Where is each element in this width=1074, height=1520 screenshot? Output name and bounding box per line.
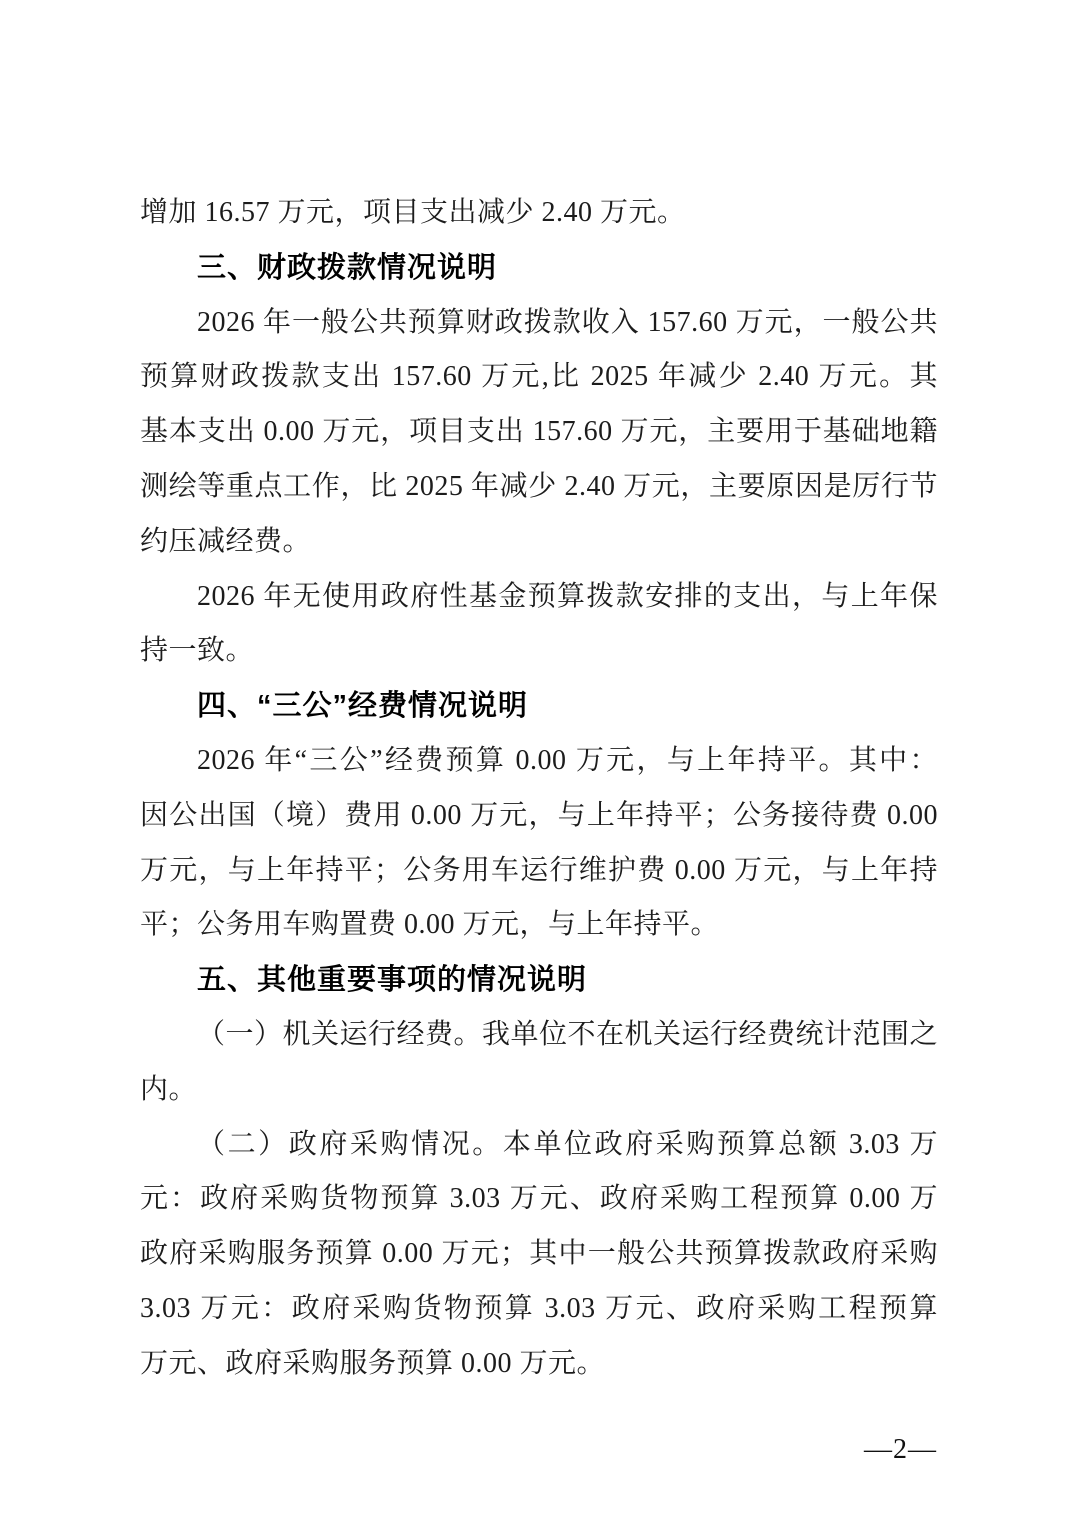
body-text-line: 2026 年一般公共预算财政拨款收入 157.60 万元，一般公共 bbox=[140, 296, 938, 351]
body-text-line: 预算财政拨款支出 157.60 万元,比 2025 年减少 2.40 万元。其中… bbox=[140, 350, 938, 405]
body-text-line: 元：政府采购货物预算 3.03 万元、政府采购工程预算 0.00 万元、 bbox=[140, 1172, 938, 1227]
body-text-line: 持一致。 bbox=[140, 624, 938, 679]
section-heading: 五、其他重要事项的情况说明 bbox=[140, 953, 938, 1008]
page-number: —2— bbox=[864, 1433, 937, 1467]
body-text-line: 政府采购服务预算 0.00 万元；其中一般公共预算拨款政府采购 bbox=[140, 1227, 938, 1282]
body-text-line: 基本支出 0.00 万元，项目支出 157.60 万元，主要用于基础地籍 bbox=[140, 405, 938, 460]
body-text-line: 2026 年无使用政府性基金预算拨款安排的支出，与上年保 bbox=[140, 570, 938, 625]
body-text-line: 增加 16.57 万元，项目支出减少 2.40 万元。 bbox=[140, 186, 938, 241]
section-heading: 四、“三公”经费情况说明 bbox=[140, 679, 938, 734]
body-text-line: 约压减经费。 bbox=[140, 515, 938, 570]
body-text-line: 内。 bbox=[140, 1063, 938, 1118]
body-text-line: 万元，与上年持平；公务用车运行维护费 0.00 万元，与上年持 bbox=[140, 844, 938, 899]
document-page: 增加 16.57 万元，项目支出减少 2.40 万元。三、财政拨款情况说明202… bbox=[0, 0, 1074, 1520]
body-text-line: 平；公务用车购置费 0.00 万元，与上年持平。 bbox=[140, 898, 938, 953]
body-text-line: 万元、政府采购服务预算 0.00 万元。 bbox=[140, 1337, 938, 1392]
body-text-line: 2026 年“三公”经费预算 0.00 万元，与上年持平。其中： bbox=[140, 734, 938, 789]
body-text-line: （二）政府采购情况。本单位政府采购预算总额 3.03 万元： bbox=[140, 1118, 938, 1173]
body-text-line: 测绘等重点工作，比 2025 年减少 2.40 万元，主要原因是厉行节 bbox=[140, 460, 938, 515]
body-text-line: 因公出国（境）费用 0.00 万元，与上年持平；公务接待费 0.00 bbox=[140, 789, 938, 844]
document-body: 增加 16.57 万元，项目支出减少 2.40 万元。三、财政拨款情况说明202… bbox=[140, 186, 938, 1392]
section-heading: 三、财政拨款情况说明 bbox=[140, 241, 938, 296]
body-text-line: （一）机关运行经费。我单位不在机关运行经费统计范围之 bbox=[140, 1008, 938, 1063]
body-text-line: 3.03 万元：政府采购货物预算 3.03 万元、政府采购工程预算 0.00 bbox=[140, 1282, 938, 1337]
